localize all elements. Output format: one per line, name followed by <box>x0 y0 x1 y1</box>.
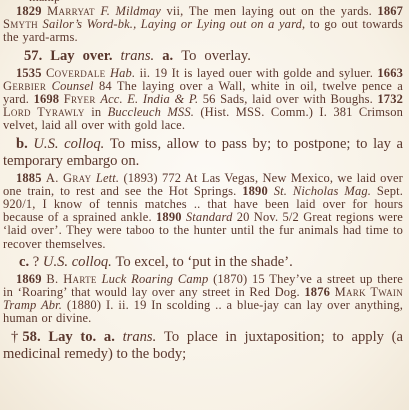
text-segment: F. Mildmay <box>101 4 167 18</box>
text-segment: Mark Twain <box>335 285 403 299</box>
text-segment: 1890 <box>156 210 186 224</box>
text-segment: Hab. <box>110 66 140 80</box>
text-segment: Buccleuch MSS. <box>108 105 201 119</box>
text-segment: 1885 <box>16 171 46 185</box>
text-segment: in <box>91 105 107 119</box>
text-segment: 1698 <box>34 92 64 106</box>
text-segment: 58. Lay to. <box>22 329 104 345</box>
text-segment: Lett. <box>96 171 124 185</box>
text-segment: Gerbier <box>3 79 52 93</box>
text-segment: Smyth <box>3 17 43 31</box>
text-segment: A. Gray <box>46 171 96 185</box>
text-segment: Coverdale <box>46 66 110 80</box>
quotation-paragraph-1535: 1535 Coverdale Hab. ii. 19 It is layed o… <box>3 67 403 133</box>
text-segment: trans. <box>121 48 163 64</box>
text-segment: † <box>11 329 22 345</box>
text-segment: 1732 <box>377 92 403 106</box>
text-segment: c. <box>19 254 33 270</box>
dictionary-page: manip 1829 Marryat F. Mildmay vii, The m… <box>0 0 409 410</box>
text-segment: 57. Lay over. <box>24 48 121 64</box>
text-segment: Marryat <box>47 4 100 18</box>
quotation-paragraph-1869: 1869 B. Harte Luck Roaring Camp (1870) 1… <box>3 273 403 326</box>
text-segment: 1890 <box>242 184 273 198</box>
text-segment: 1535 <box>16 66 46 80</box>
text-segment: 1867 <box>377 4 403 18</box>
text-segment: ii. 19 It is layed ouer with golde and s… <box>140 66 378 80</box>
text-segment: 1829 <box>16 4 47 18</box>
text-segment: ? <box>33 254 43 270</box>
text-segment: Lord Tyrawly <box>3 105 91 119</box>
text-segment: 1876 <box>304 285 334 299</box>
quotation-paragraph-1829: 1829 Marryat F. Mildmay vii, The men lay… <box>3 5 403 45</box>
text-segment: Tramp Abr. <box>3 298 67 312</box>
text-segment: trans. <box>123 329 164 345</box>
text-segment: 56 Sads, laid over with Boughs. <box>203 92 378 106</box>
sense-heading-57b: b. U.S. colloq. To miss, allow to pass b… <box>3 136 403 170</box>
text-segment: To overlay. <box>181 48 251 64</box>
sense-heading-58-lay-to: †58. Lay to. a. trans. To place in juxta… <box>3 329 403 363</box>
text-segment: vii, The men laying out on the yards. <box>167 4 378 18</box>
text-segment: Counsel <box>52 79 99 93</box>
text-segment: 1663 <box>377 66 403 80</box>
text-segment: b. <box>16 136 33 152</box>
text-segment: Acc. E. India & P. <box>100 92 202 106</box>
text-segment: Standard <box>186 210 237 224</box>
text-segment: a. <box>162 48 181 64</box>
text-segment: 1869 <box>16 272 46 286</box>
text-segment: U.S. colloq. <box>43 254 116 270</box>
text-segment: Luck Roaring Camp <box>102 272 214 286</box>
text-segment: St. Nicholas Mag. <box>274 184 377 198</box>
text-segment: Fryer <box>64 92 101 106</box>
text-segment: U.S. colloq. <box>33 136 110 152</box>
sense-heading-57c: c. ? U.S. colloq. To excel, to ‘put in t… <box>3 254 403 271</box>
text-segment: Sailor’s Word-bk., Laying or Lying out o… <box>43 17 303 31</box>
sense-heading-57-lay-over: 57. Lay over. trans. a. To overlay. <box>3 48 403 65</box>
quotation-paragraph-1885: 1885 A. Gray Lett. (1893) 772 At Las Veg… <box>3 172 403 251</box>
text-segment: To excel, to ‘put in the shade’. <box>115 254 292 270</box>
text-segment: B. Harte <box>46 272 101 286</box>
text-segment: a. <box>104 329 123 345</box>
